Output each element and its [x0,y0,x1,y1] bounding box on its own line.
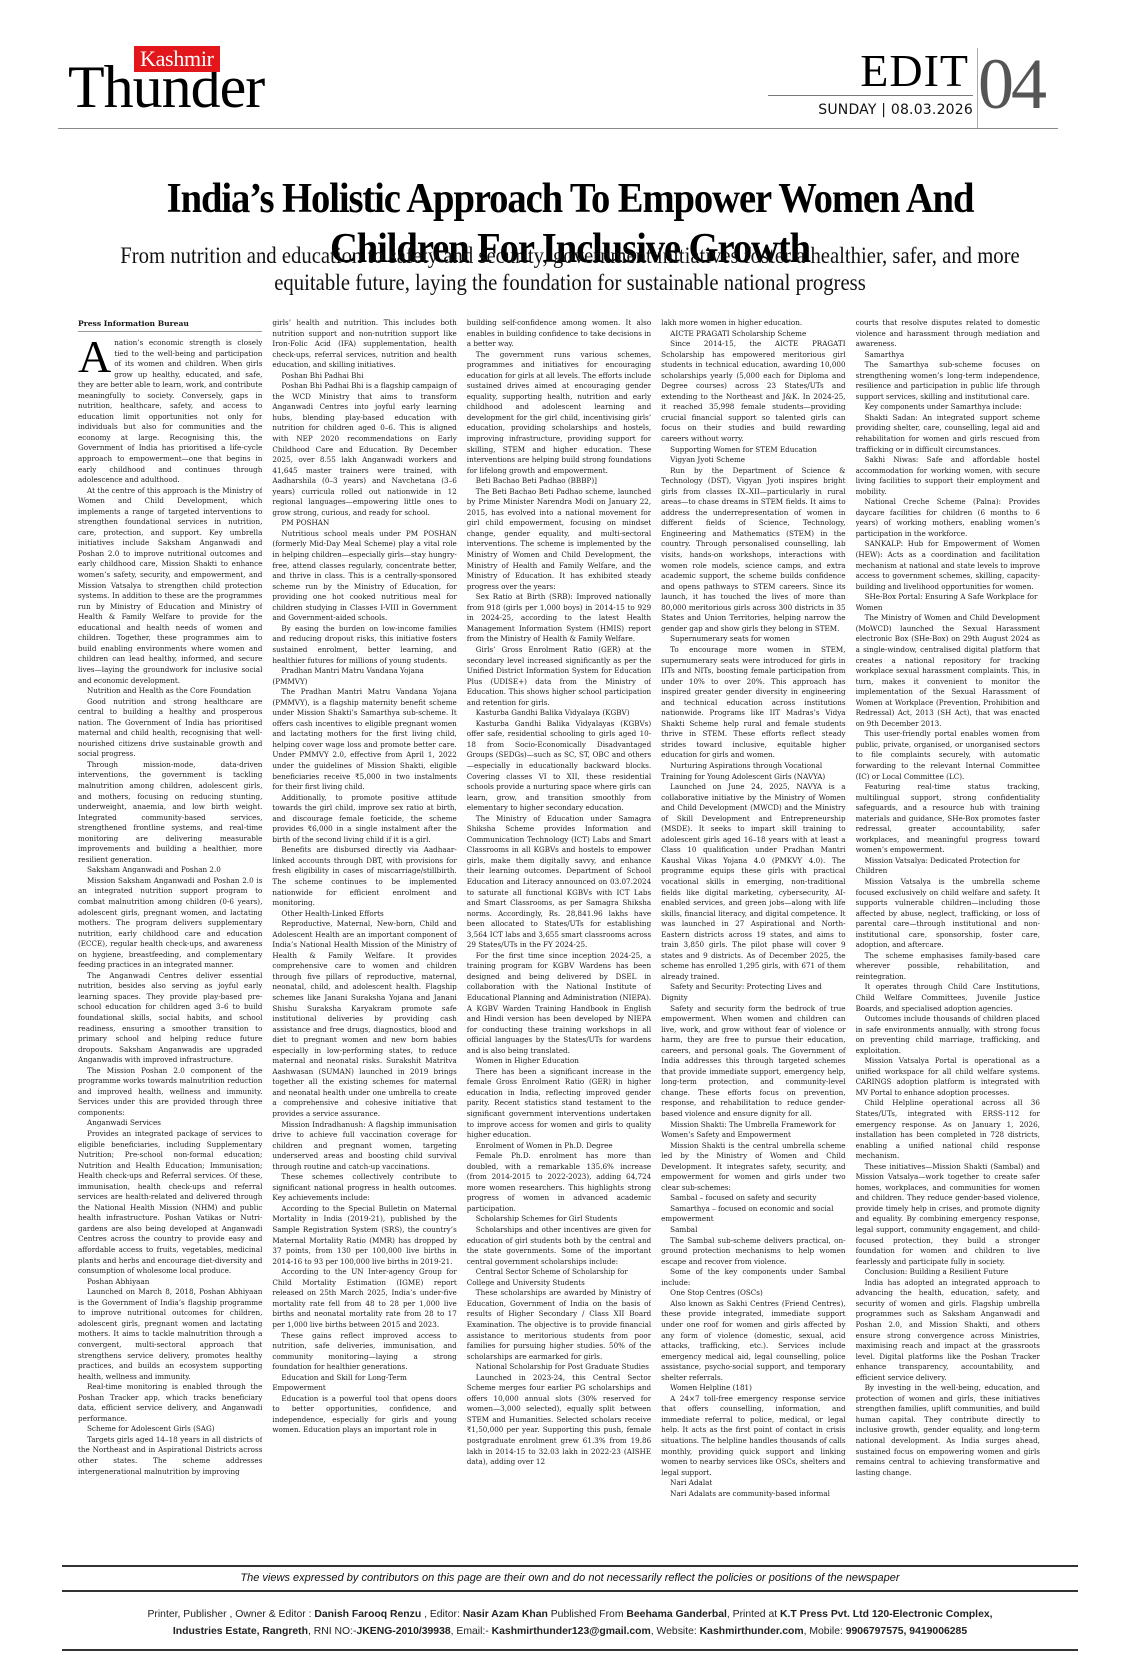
section-subheading: Samarthya [856,350,1040,361]
paragraph: The Beti Bachao Beti Padhao scheme, laun… [467,487,651,592]
paragraph: By easing the burden on low-income famil… [272,624,456,666]
editorial-disclaimer: The views expressed by contributors on t… [62,1565,1078,1592]
paragraph: Mission Saksham Anganwadi and Poshan 2.0… [78,876,262,971]
paragraph: Mission Vatsalya Portal is operational a… [856,1056,1040,1098]
section-subheading: Enrolment of Women in Ph.D. Degree [467,1141,651,1152]
section-title: EDIT [768,48,973,94]
paragraph: The government runs various schemes, pro… [467,350,651,477]
article-body: Press Information Bureau A nation’s econ… [78,318,1040,1550]
issue-date: SUNDAY | 08.03.2026 [768,96,973,124]
newspaper-page: Thunder Kashmir EDIT SUNDAY | 08.03.2026… [0,0,1140,1669]
imprint-segment: , RNI NO:- [308,1626,357,1637]
paragraph: These scholarships are awarded by Minist… [467,1288,651,1362]
paragraph: Girls’ Gross Enrolment Ratio (GER) at th… [467,645,651,708]
section-subheading: AICTE PRAGATI Scholarship Scheme [661,329,845,340]
imprint-segment: Industries Estate, Rangreth [173,1626,308,1637]
paragraph: Additionally, to promote positive attitu… [272,793,456,846]
paragraph: A 24×7 toll-free emergency response serv… [661,1394,845,1478]
article-column-1: Press Information Bureau A nation’s econ… [78,318,262,1550]
paragraph: Sex Ratio at Birth (SRB): Improved natio… [467,592,651,645]
section-subheading: Safety and Security: Protecting Lives an… [661,982,845,1003]
imprint-line-1: Printer, Publisher , Owner & Editor : Da… [62,1606,1078,1623]
section-subheading: Beti Bachao Beti Padhao (BBBP)] [467,476,651,487]
paragraph: The Sambal sub-scheme delivers practical… [661,1236,845,1268]
paragraph: The Samarthya sub-scheme focuses on stre… [856,360,1040,402]
section-subheading: Conclusion: Building a Resilient Future [856,1267,1040,1278]
section-subheading: Supernumerary seats for women [661,634,845,645]
imprint-segment: , Email:- [451,1626,492,1637]
paragraph: Benefits are disbursed directly via Aadh… [272,845,456,908]
page-number: 04 [972,40,1052,128]
section-subheading: Sambal [661,1225,845,1236]
paragraph: Some of the key components under Sambal … [661,1267,845,1288]
imprint-segment: , Website: [651,1626,700,1637]
paragraph: The Pradhan Mantri Matru Vandana Yojana … [272,687,456,792]
paragraph: According to the UN Inter-agency Group f… [272,1267,456,1330]
masthead: Thunder Kashmir EDIT SUNDAY | 08.03.2026… [58,40,1058,129]
article-column-3: building self-confidence among women. It… [467,318,651,1550]
paragraph: There has been a significant increase in… [467,1067,651,1141]
imprint-segment: Published From [548,1609,627,1620]
paragraph: courts that resolve disputes related to … [856,318,1040,350]
section-subheading: Kasturba Gandhi Balika Vidyalaya (KGBV) [467,708,651,719]
paragraph: Reproductive, Maternal, New-born, Child … [272,919,456,1119]
paragraph: Nutritious school meals under PM POSHAN … [272,529,456,624]
paragraph: Real-time monitoring is enabled through … [78,1382,262,1424]
paragraph: Since 2014-15, the AICTE PRAGATI Scholar… [661,339,845,444]
section-subheading: Women in Higher Education [467,1056,651,1067]
section-subheading: Other Health-Linked Efforts [272,909,456,920]
section-subheading: Pradhan Mantri Matru Vandana Yojana (PMM… [272,666,456,687]
section-subheading: Anganwadi Services [78,1118,262,1129]
section-subheading: Poshan Abhiyaan [78,1277,262,1288]
section-subheading: Vigyan Jyoti Scheme [661,455,845,466]
imprint-segment: Kashmirthunder123@gmail.com [492,1626,651,1637]
paragraph: Kasturba Gandhi Balika Vidyalayas (KGBVs… [467,719,651,814]
paragraph: Provides an integrated package of servic… [78,1129,262,1277]
paragraph: Female Ph.D. enrolment has more than dou… [467,1151,651,1214]
paragraph: Launched on March 8, 2018, Poshan Abhiya… [78,1287,262,1382]
imprint-segment: , Editor: [421,1609,463,1620]
section-subheading: Education and Skill for Long-Term Empowe… [272,1373,456,1394]
section-subheading: PM POSHAN [272,518,456,529]
article-column-2: girls’ health and nutrition. This includ… [272,318,456,1550]
byline: Press Information Bureau [78,318,262,332]
paragraph: girls’ health and nutrition. This includ… [272,318,456,371]
newspaper-logo[interactable]: Thunder Kashmir [64,42,314,122]
paragraph: SANKALP: Hub for Empowerment of Women (H… [856,539,1040,592]
section-subheading: Saksham Anganwadi and Poshan 2.0 [78,865,262,876]
paragraph: The Mission Poshan 2.0 component of the … [78,1066,262,1119]
section-subheading: Central Sector Scheme of Scholarship for… [467,1267,651,1288]
footer-rule [62,1649,1078,1651]
paragraph: At the centre of this approach is the Mi… [78,486,262,686]
paragraph: Also known as Sakhi Centres (Friend Cent… [661,1299,845,1383]
section-subheading: Women Helpline (181) [661,1383,845,1394]
imprint-footer: Printer, Publisher , Owner & Editor : Da… [62,1606,1078,1640]
logo-kashmir-badge: Kashmir [134,46,220,72]
imprint-segment: JKENG-2010/39938 [356,1626,450,1637]
section-subheading: Mission Vatsalya: Dedicated Protection f… [856,856,1040,877]
section-subheading: Nutrition and Health as the Core Foundat… [78,686,262,697]
paragraph: Launched in 2023-24, this Central Sector… [467,1373,651,1468]
section-subheading: SHe-Box Portal: Ensuring A Safe Workplac… [856,592,1040,613]
section-subheading: Samarthya – focused on economic and soci… [661,1204,845,1225]
imprint-segment: K.T Press Pvt. Ltd 120-Electronic Comple… [780,1609,993,1620]
article-column-4: lakh more women in higher education.AICT… [661,318,845,1550]
paragraph: By investing in the well-being, educatio… [856,1383,1040,1478]
imprint-segment: Printer, Publisher , Owner & Editor : [147,1609,314,1620]
article-column-5: courts that resolve disputes related to … [856,318,1040,1550]
imprint-segment: 9906797575, 9419006285 [846,1626,967,1637]
section-subheading: Scheme for Adolescent Girls (SAG) [78,1424,262,1435]
paragraph: It operates through Child Care Instituti… [856,982,1040,1014]
paragraph: Nari Adalats are community-based informa… [661,1489,845,1500]
imprint-segment: Nasir Azam Khan [463,1609,548,1620]
imprint-line-2: Industries Estate, Rangreth, RNI NO:-JKE… [62,1623,1078,1640]
paragraph: lakh more women in higher education. [661,318,845,329]
paragraph: building self-confidence among women. It… [467,318,651,350]
paragraph: Child Helpline operational across all 36… [856,1098,1040,1161]
paragraph: National Creche Scheme (Palna): Provides… [856,497,1040,539]
paragraph: The Anganwadi Centres deliver essential … [78,971,262,1066]
paragraph: These initiatives—Mission Shakti (Sambal… [856,1162,1040,1267]
paragraph: The scheme emphasises family-based care … [856,951,1040,983]
paragraph: Mission Indradhanush: A flagship immunis… [272,1120,456,1173]
section-subheading: Sambal – focused on safety and security [661,1193,845,1204]
paragraph: These schemes collectively contribute to… [272,1172,456,1204]
imprint-segment: Danish Farooq Renzu [314,1609,421,1620]
imprint-segment: , Printed at [727,1609,780,1620]
paragraph: Education is a powerful tool that opens … [272,1394,456,1436]
paragraph: Outcomes include thousands of children p… [856,1014,1040,1056]
paragraph: India has adopted an integrated approach… [856,1278,1040,1383]
section-subheading: Nari Adalat [661,1478,845,1489]
paragraph: Run by the Department of Science & Techn… [661,466,845,635]
paragraph: Key components under Samarthya include: [856,402,1040,413]
paragraph: Sakhi Niwas: Safe and affordable hostel … [856,455,1040,497]
paragraph: Targets girls aged 14–18 years in all di… [78,1435,262,1477]
paragraph: Through mission-mode, data-driven interv… [78,760,262,865]
paragraph: The Ministry of Education under Samagra … [467,814,651,951]
paragraph: Mission Shakti is the central umbrella s… [661,1141,845,1194]
article-subheadline: From nutrition and education to safety a… [93,242,1047,296]
paragraph: Scholarships and other incentives are gi… [467,1225,651,1267]
paragraph: Good nutrition and strong healthcare are… [78,697,262,760]
paragraph: These gains reflect improved access to n… [272,1331,456,1373]
section-subheading: Poshan Bhi Padhai Bhi [272,371,456,382]
imprint-segment: Beehama Ganderbal [626,1609,726,1620]
paragraph: Poshan Bhi Padhai Bhi is a flagship camp… [272,381,456,518]
drop-cap: A [78,340,111,374]
paragraph: Safety and security form the bedrock of … [661,1004,845,1120]
paragraph: According to the Special Bulletin on Mat… [272,1204,456,1267]
section-subheading: Nurturing Aspirations through Vocational… [661,761,845,782]
paragraph: To encourage more women in STEM, supernu… [661,645,845,761]
paragraph: The Ministry of Women and Child Developm… [856,613,1040,729]
paragraph: For the first time since inception 2024-… [467,951,651,1056]
section-subheading: Scholarship Schemes for Girl Students [467,1214,651,1225]
imprint-segment: Kashmirthunder.com [700,1626,804,1637]
section-subheading: One Stop Centres (OSCs) [661,1288,845,1299]
paragraph: Shakti Sadan: An integrated support sche… [856,413,1040,455]
imprint-segment: , Mobile: [804,1626,846,1637]
section-subheading: Supporting Women for STEM Education [661,445,845,456]
section-subheading: National Scholarship for Post Graduate S… [467,1362,651,1373]
paragraph: This user-friendly portal enables women … [856,729,1040,782]
section-block: EDIT SUNDAY | 08.03.2026 [768,48,973,124]
section-subheading: Mission Shakti: The Umbrella Framework f… [661,1120,845,1141]
paragraph: Featuring real-time status tracking, mul… [856,782,1040,856]
paragraph: Launched on June 24, 2025, NAVYA is a co… [661,782,845,982]
paragraph: Mission Vatsalya is the umbrella scheme … [856,877,1040,951]
